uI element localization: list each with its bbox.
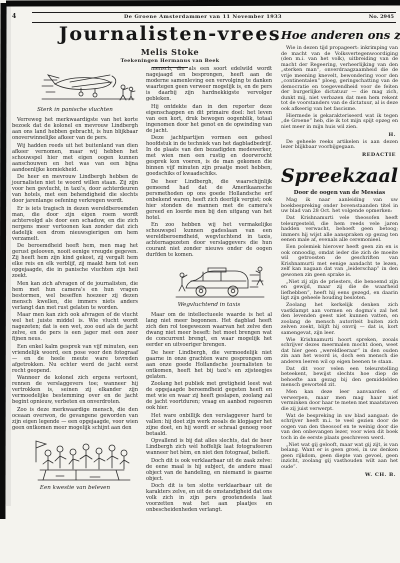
paragraph: Hiermede is gekarakteriseerd wat ik tege… bbox=[281, 114, 398, 131]
spreekzaal-letter-heading: Door de oogen van de Messias bbox=[281, 190, 398, 196]
paragraph: Deze jachtpartijen vormen een geheel hoo… bbox=[146, 135, 272, 177]
paragraph: Opvallend is bij dat alles slechts, dat … bbox=[146, 438, 272, 456]
paragraph: „Niet wat gij gelooft, maar wat gij zijt… bbox=[281, 443, 398, 471]
paragraph: Er is iets tragisch in dezen wereldberoe… bbox=[12, 206, 138, 242]
paragraph: „Niet zij zijn de priesters, die benoemd… bbox=[281, 280, 398, 302]
paragraph: Wie Krishnamurti hoort spreken, zooals s… bbox=[281, 338, 398, 366]
paragraph: Maar men kan zich ook afvragen of de vlu… bbox=[12, 312, 138, 342]
paragraph: De heer en mevrouw Lindbergh hebben de j… bbox=[12, 174, 138, 204]
paragraph: Men kan deze leer aanvaarden of verwerpe… bbox=[281, 390, 398, 412]
crowd-scene-illustration bbox=[26, 436, 138, 484]
masthead-title: De Groene Amsterdammer van 11 November 1… bbox=[10, 14, 396, 20]
left-bottom-illustration-caption: Een kwestie van beleven bbox=[12, 485, 138, 491]
editorial-note: De geheele reeks artikelen is aan dezen … bbox=[281, 140, 398, 151]
paragraph: Het ware onbillijk den verslaggever hard… bbox=[146, 413, 272, 437]
spreekzaal-title: Spreekzaal bbox=[281, 165, 398, 187]
paragraph: Dat dit voor velen een teleurstelling be… bbox=[281, 367, 398, 389]
paragraph: Wanneer de kolonel zich ergens vertoont,… bbox=[12, 375, 138, 405]
middle-column-text-top: mensch, die als een soort edelwild wordt… bbox=[146, 66, 272, 258]
scan-edge-shadow bbox=[6, 6, 11, 506]
middle-column: mensch, die als een soort edelwild wordt… bbox=[146, 66, 272, 515]
article-title: Journalisten-vrees bbox=[52, 23, 288, 45]
paragraph: De heer Lindbergh, die vermoedelijk niet… bbox=[146, 350, 272, 380]
paragraph: Men kan zich afvragen of de journalisten… bbox=[12, 281, 138, 311]
left-column-text: Verreweg het merkwaardigste van het kort… bbox=[12, 117, 138, 431]
paragraph: De beroemdheid heeft hem, men mag het ge… bbox=[12, 243, 138, 279]
paragraph: Maar om de intellectueele waarde is het … bbox=[146, 312, 272, 348]
airplane-fleeing-illustration bbox=[40, 62, 138, 106]
paragraph: Wat de bespreking in uw blad aangaat: de… bbox=[281, 414, 398, 442]
middle-illustration-caption: Wegvluchtend in taxis bbox=[146, 302, 272, 308]
paragraph: Doch dit is ten slotte verklaarbaar uit … bbox=[146, 483, 272, 513]
letter-signature: W. CH. B. bbox=[281, 472, 396, 478]
editorial-signature: REDACTIE bbox=[281, 152, 396, 158]
left-column: Sterk in panische vluchten Verreweg het … bbox=[12, 62, 138, 495]
newspaper-page: 4 De Groene Amsterdammer van 11 November… bbox=[0, 0, 400, 563]
reader-signature: H. bbox=[281, 132, 396, 138]
left-illustration-caption: Sterk in panische vluchten bbox=[12, 107, 138, 113]
masthead-rule-top bbox=[32, 12, 396, 13]
taxi-escape-illustration bbox=[174, 261, 272, 301]
article-author: Melis Stoke bbox=[52, 47, 288, 57]
paragraph: Een enkel kalm gesprek van vijf minuten,… bbox=[12, 344, 138, 374]
spreekzaal-letter-text: Mag ik naar aanleiding van uw boekbespre… bbox=[281, 198, 398, 470]
paragraph: En zoo hebben wij het vermakelijke schou… bbox=[146, 222, 272, 258]
paragraph: Hij ontdekte dan in den reporter deze ei… bbox=[146, 104, 272, 134]
middle-column-text-bottom: Maar om de intellectueele waarde is het … bbox=[146, 312, 272, 513]
scan-edge-top bbox=[6, 0, 400, 7]
paragraph: Zoolang het kerkelijk denken zich vastkl… bbox=[281, 303, 398, 336]
issue-number: No. 2945 bbox=[369, 14, 394, 20]
paragraph: Wie in dezen tijd propageert: inkrimping… bbox=[281, 46, 398, 112]
right-article-title: Hoe anderen ons zien bbox=[281, 28, 398, 42]
right-column: Hoe anderen ons zien Wie in dezen tijd p… bbox=[281, 28, 398, 480]
paragraph: De heer Lindbergh, die waarschijnlijk ge… bbox=[146, 179, 272, 221]
paragraph: Zoo is deze merkwaardige mensch, die den… bbox=[12, 407, 138, 431]
paragraph: Zoolang het publiek met gretigheid leest… bbox=[146, 381, 272, 411]
paragraph: Dat Krishnamurti vele theosofen heeft te… bbox=[281, 216, 398, 244]
paragraph: Mag ik naar aanleiding van uw boekbespre… bbox=[281, 198, 398, 215]
masthead: 4 De Groene Amsterdammer van 11 November… bbox=[10, 10, 396, 24]
right-article-text: Wie in dezen tijd propageert: inkrimping… bbox=[281, 46, 398, 130]
paragraph: Een polemiek hierover heeft geen zin en … bbox=[281, 245, 398, 278]
paragraph: mensch, die als een soort edelwild wordt… bbox=[146, 66, 272, 102]
paragraph: Verreweg het merkwaardigste van het kort… bbox=[12, 117, 138, 141]
paragraph: Wij hadden reeds uit het buitenland van … bbox=[12, 143, 138, 173]
paragraph: Doch dit is ook verklaarbaar uit de zaak… bbox=[146, 458, 272, 482]
